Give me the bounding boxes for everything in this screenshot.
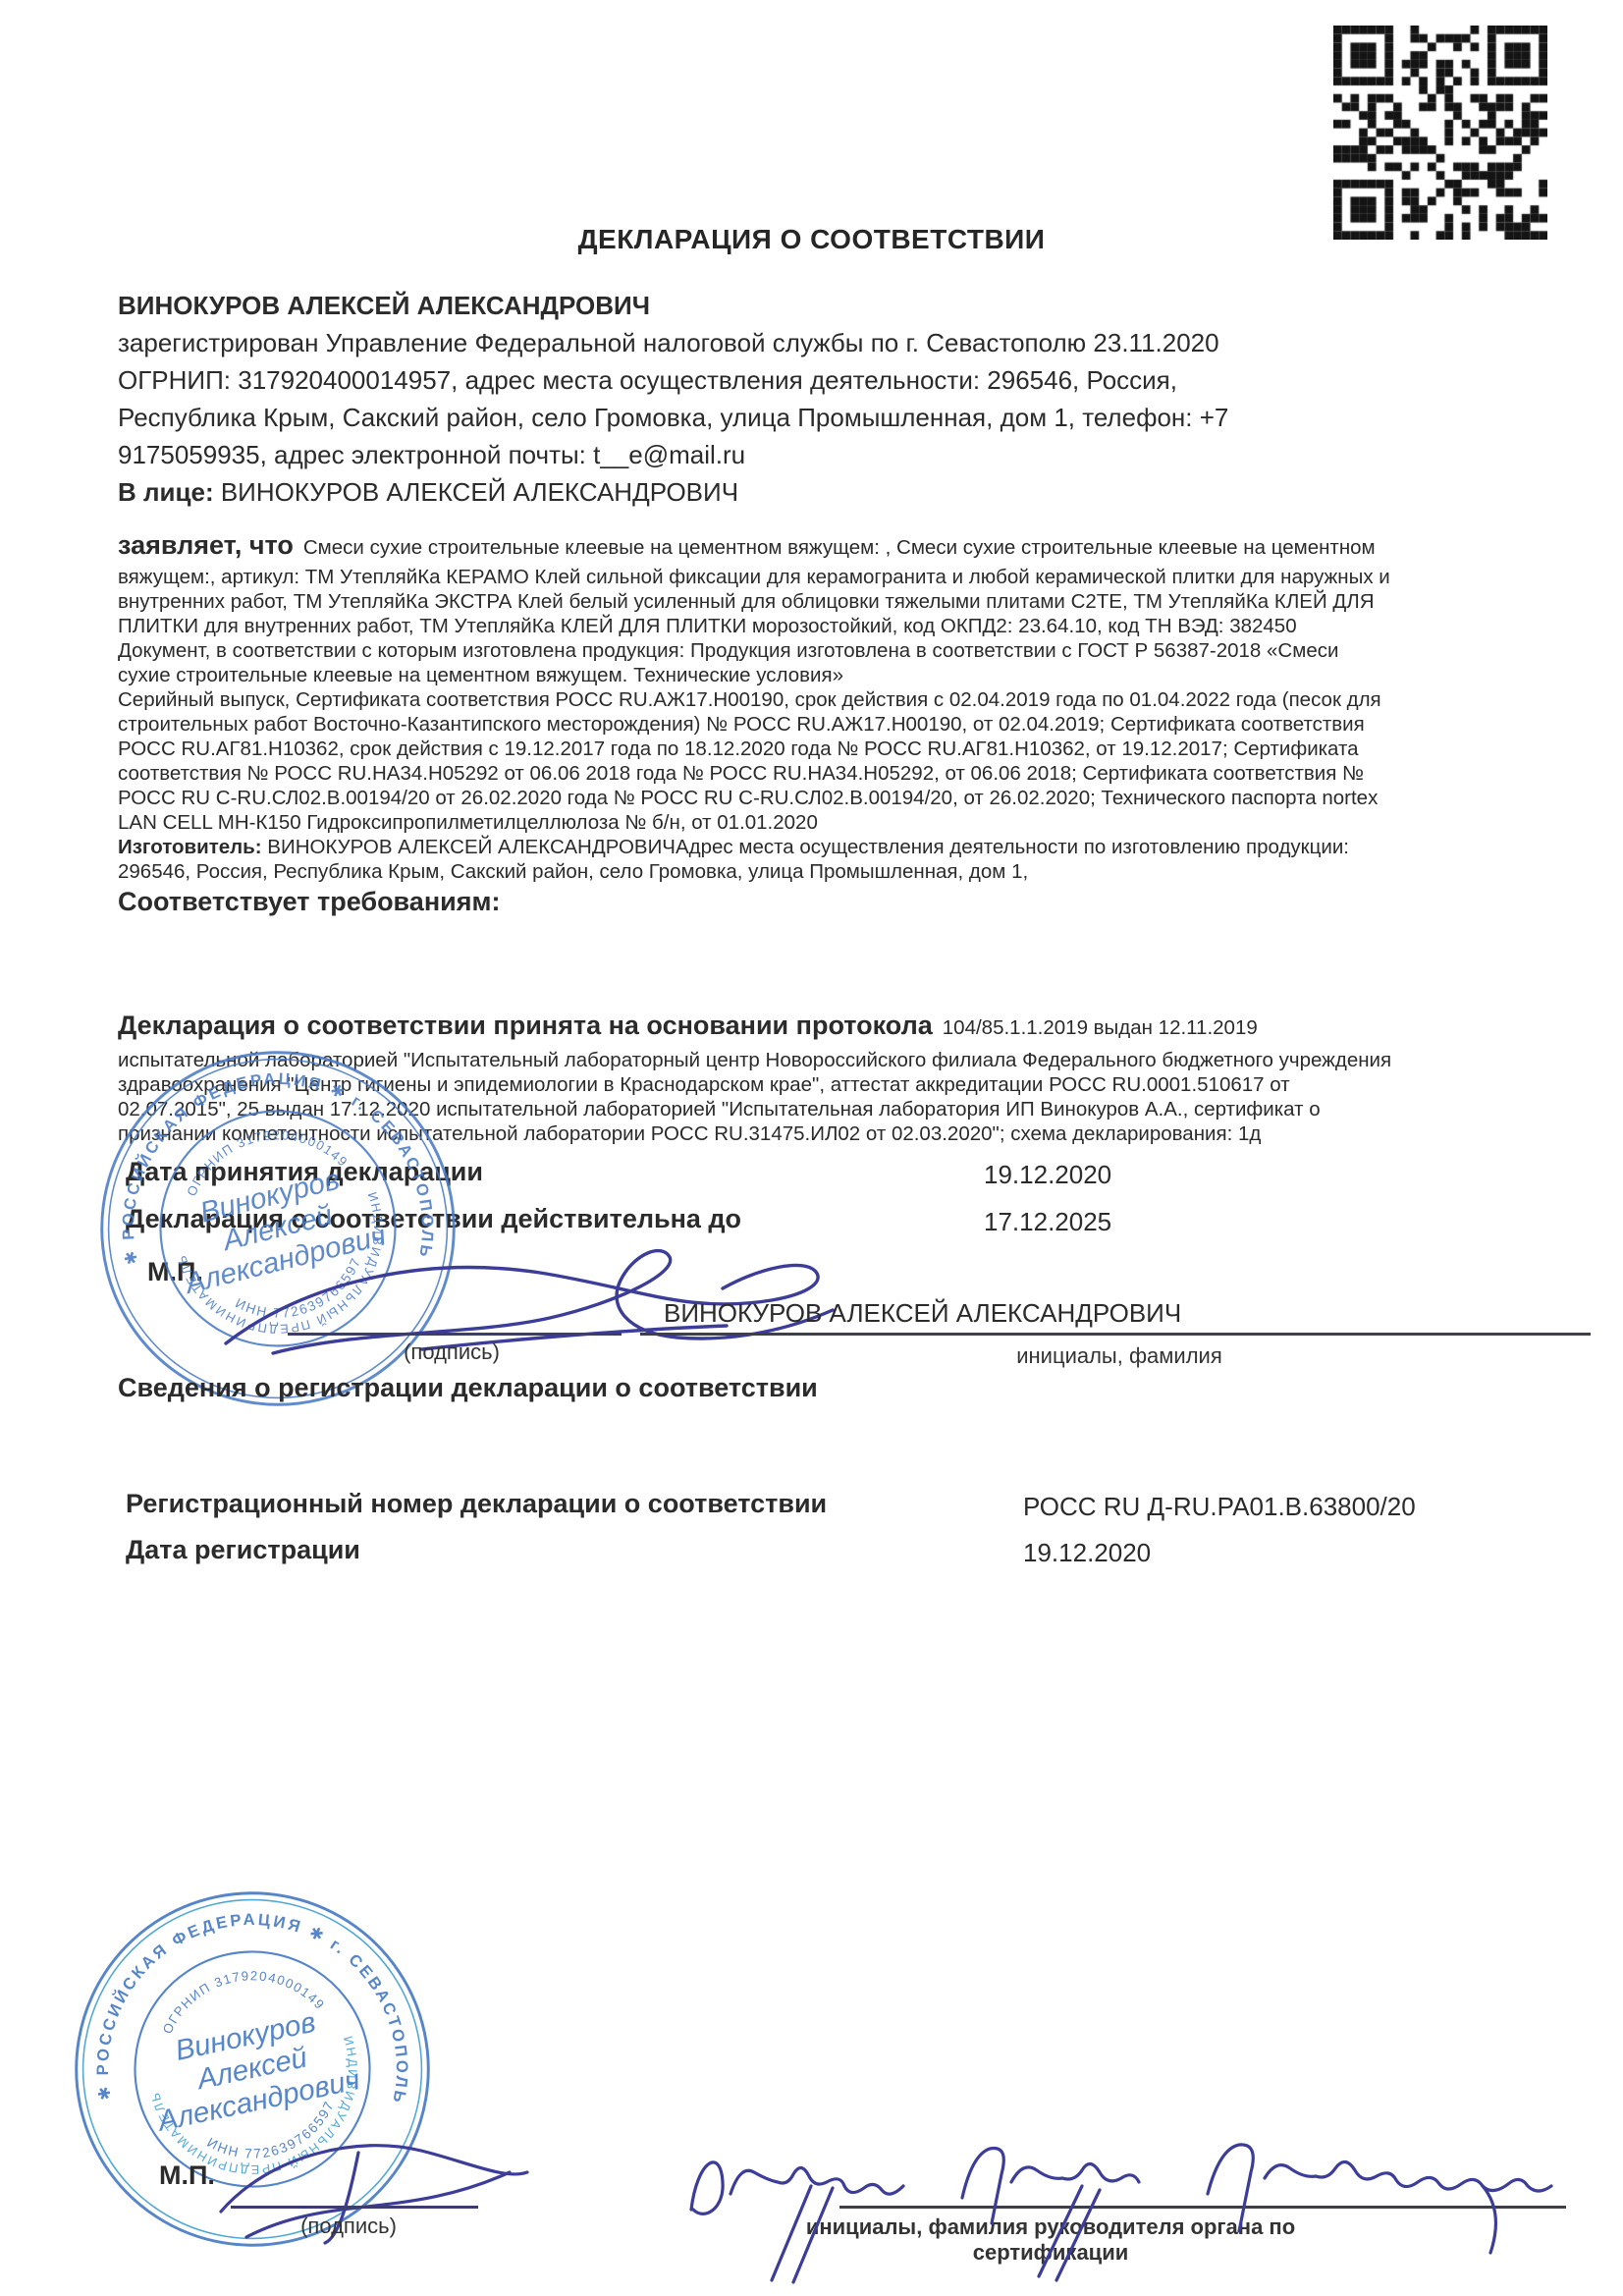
claim-line: РОСС RU.АГ81.Н10362, срок действия с 19.… bbox=[118, 737, 1390, 761]
signature-line-right bbox=[640, 1312, 1591, 1336]
manufacturer-text: ВИНОКУРОВ АЛЕКСЕЙ АЛЕКСАНДРОВИЧАдрес мес… bbox=[267, 836, 1349, 858]
reg-number-value: РОСС RU Д-RU.РА01.В.63800/20 bbox=[1023, 1492, 1416, 1522]
claim-first-row: заявляет, чтоСмеси сухие строительные кл… bbox=[118, 530, 1390, 565]
claim-section: заявляет, чтоСмеси сухие строительные кл… bbox=[118, 530, 1390, 884]
initials-caption: инициалы, фамилия bbox=[982, 1343, 1257, 1369]
declarant-registration-line: зарегистрирован Управление Федеральной н… bbox=[118, 324, 1228, 361]
basis-lead: Декларация о соответствии принята на осн… bbox=[118, 1011, 933, 1040]
declaration-document-page: ДЕКЛАРАЦИЯ О СООТВЕТСТВИИ ВИНОКУРОВ АЛЕК… bbox=[0, 0, 1623, 2296]
claim-line: вяжущем:, артикул: ТМ УтепляйКа КЕРАМО К… bbox=[118, 565, 1390, 589]
claim-first-line: Смеси сухие строительные клеевые на цеме… bbox=[303, 536, 1376, 559]
signature-line-left bbox=[288, 1312, 622, 1336]
manufacturer-address-line: 296546, Россия, Республика Крым, Сакский… bbox=[118, 859, 1390, 884]
qr-code-icon bbox=[1333, 26, 1547, 240]
claim-line: Документ, в соответствии с которым изгот… bbox=[118, 638, 1390, 663]
claim-lead: заявляет, что bbox=[118, 530, 294, 560]
reg-number-label: Регистрационный номер декларации о соотв… bbox=[126, 1489, 827, 1519]
signature-ink-bottom-right bbox=[677, 2092, 1610, 2288]
claim-lines: вяжущем:, артикул: ТМ УтепляйКа КЕРАМО К… bbox=[118, 565, 1390, 835]
adoption-date-value: 19.12.2020 bbox=[984, 1160, 1111, 1190]
in-person-row: В лице: ВИНОКУРОВ АЛЕКСЕЙ АЛЕКСАНДРОВИЧ bbox=[118, 473, 738, 511]
claim-line: РОСС RU C-RU.СЛ02.В.00194/20 от 26.02.20… bbox=[118, 786, 1390, 810]
declarant-registration-block: зарегистрирован Управление Федеральной н… bbox=[118, 324, 1228, 473]
footer-signature-line-left bbox=[231, 2186, 478, 2209]
reg-date-label: Дата регистрации bbox=[126, 1535, 360, 1565]
manufacturer-label: Изготовитель: bbox=[118, 836, 262, 858]
claim-line: соответствия № РОСС RU.НА34.Н05292 от 06… bbox=[118, 761, 1390, 786]
declarant-registration-line: 9175059935, адрес электронной почты: t__… bbox=[118, 436, 1228, 473]
declarant-name: ВИНОКУРОВ АЛЕКСЕЙ АЛЕКСАНДРОВИЧ bbox=[118, 287, 650, 324]
claim-line: Серийный выпуск, Сертификата соответстви… bbox=[118, 687, 1390, 712]
claim-line: ПЛИТКИ для внутренних работ, ТМ УтепляйК… bbox=[118, 614, 1390, 638]
reg-date-value: 19.12.2020 bbox=[1023, 1538, 1151, 1568]
claim-line: LAN CELL МН-К150 Гидроксипропилметилцелл… bbox=[118, 810, 1390, 835]
claim-line: сухие строительные клеевые на цементном … bbox=[118, 663, 1390, 687]
in-person-label: В лице: bbox=[118, 477, 214, 507]
basis-protocol: 104/85.1.1.2019 выдан 12.11.2019 bbox=[943, 1016, 1258, 1039]
mp-mark-bottom: М.П. bbox=[159, 2160, 215, 2191]
in-person-name: ВИНОКУРОВ АЛЕКСЕЙ АЛЕКСАНДРОВИЧ bbox=[221, 477, 738, 507]
footer-sign-caption: (подпись) bbox=[270, 2214, 427, 2239]
manufacturer-row: Изготовитель: ВИНОКУРОВ АЛЕКСЕЙ АЛЕКСАНД… bbox=[118, 835, 1390, 859]
signature-caption: (подпись) bbox=[373, 1339, 530, 1365]
registration-heading: Сведения о регистрации декларации о соот… bbox=[118, 1373, 818, 1403]
page-title: ДЕКЛАРАЦИЯ О СООТВЕТСТВИИ bbox=[0, 224, 1623, 255]
claim-line: внутренних работ, ТМ УтепляйКа ЭКСТРА Кл… bbox=[118, 589, 1390, 614]
compliance-heading: Соответствует требованиям: bbox=[118, 887, 500, 917]
claim-line: строительных работ Восточно-Казантипског… bbox=[118, 712, 1390, 737]
valid-until-value: 17.12.2025 bbox=[984, 1207, 1111, 1237]
declarant-registration-line: Республика Крым, Сакский район, село Гро… bbox=[118, 399, 1228, 436]
declarant-registration-line: ОГРНИП: 317920400014957, адрес места осу… bbox=[118, 361, 1228, 399]
